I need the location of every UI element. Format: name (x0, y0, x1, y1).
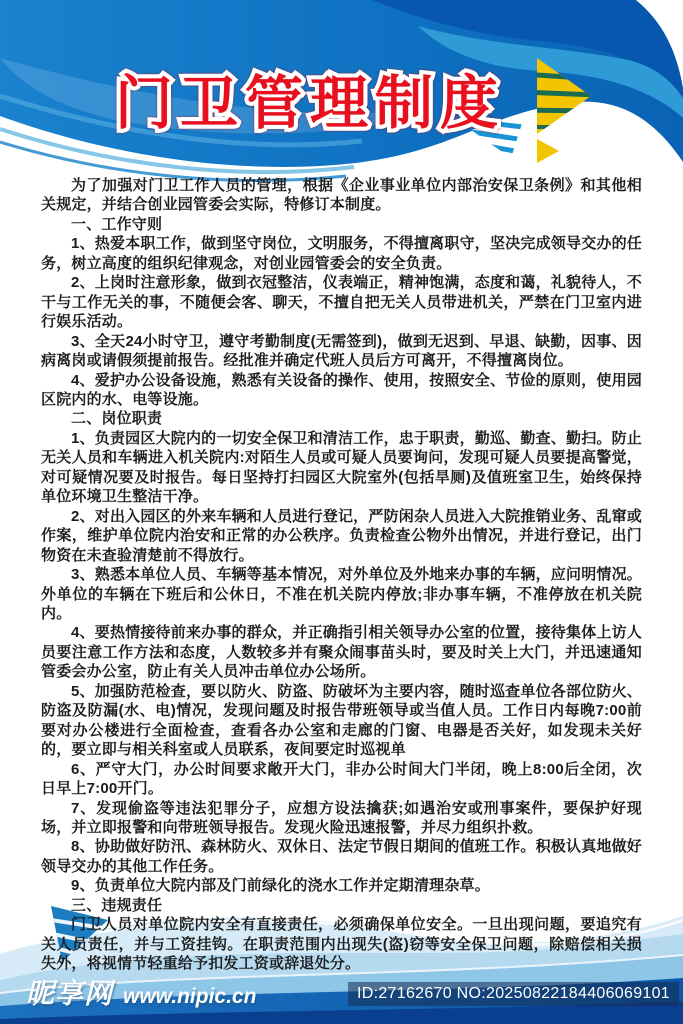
paragraph: 7、发现偷盗等违法犯罪分子，应想方设法擒获;如遇治安或刑事案件，要保护好现场，并… (41, 799, 642, 838)
paragraph: 3、全天24小时守卫，遵守考勤制度(无需签到)，做到无迟到、早退、缺勤，因事、因… (41, 332, 642, 371)
watermark-site-url: www.nipic.cn (123, 985, 256, 1009)
image-id-badge: ID:27162670 NO:20250822184406069101 (348, 982, 679, 1006)
paragraph: 2、上岗时注意形象，做到衣冠整洁，仪表端正，精神饱满，态度和蔼，礼貌待人，不干与… (41, 273, 642, 331)
paragraph: 1、热爱本职工作，做到坚守岗位，文明服务，不得擅离职守，坚决完成领导交办的任务，… (41, 234, 642, 273)
watermark-site-name: 昵享网 (26, 972, 113, 1012)
paragraph: 2、对出入园区的外来车辆和人员进行登记，严防闲杂人员进入大院推销业务、乱窜或作案… (41, 507, 642, 565)
paragraph: 4、要热情接待前来办事的群众，并正确指引相关领导办公室的位置，接待集体上访人员要… (41, 623, 642, 681)
section-heading: 二、岗位职责 (41, 409, 642, 428)
paragraph: 8、协助做好防汛、森林防火、双休日、法定节假日期间的值班工作。积极认真地做好领导… (41, 837, 642, 876)
paragraph: 4、爱护办公设备设施，熟悉有关设备的操作、使用，按照安全、节俭的原则，使用园区院… (41, 371, 642, 410)
paragraph: 门卫人员对单位院内安全有直接责任，必须确保单位安全。一旦出现问题，要追究有关人员… (41, 915, 642, 973)
document-body: 为了加强对门卫工作人员的管理，根据《企业事业单位内部治安保卫条例》和其他相关规定… (41, 176, 642, 974)
section-heading: 三、违规责任 (41, 896, 642, 915)
paragraph: 1、负责园区大院内的一切安全保卫和清洁工作，忠于职责，勤巡、勤查、勤扫。防止无关… (41, 429, 642, 507)
paragraph: 3、熟悉本单位人员、车辆等基本情况，对外单位及外地来办事的车辆，应问明情况。外单… (41, 565, 642, 623)
watermark: 昵享网 www.nipic.cn (26, 972, 256, 1012)
paragraph: 5、加强防范检查，要以防火、防盗、防破坏为主要内容，随时巡查单位各部位防火、防盗… (41, 682, 642, 760)
paragraph: 9、负责单位大院内部及门前绿化的浇水工作并定期清理杂草。 (41, 876, 642, 895)
paragraph: 为了加强对门卫工作人员的管理，根据《企业事业单位内部治安保卫条例》和其他相关规定… (41, 176, 642, 215)
section-heading: 一、工作守则 (41, 215, 642, 234)
page-title: 门卫管理制度 (30, 56, 590, 140)
paragraph: 6、严守大门，办公时间要求敞开大门，非办公时间大门半闭，晚上8:00后全闭，次日… (41, 760, 642, 799)
